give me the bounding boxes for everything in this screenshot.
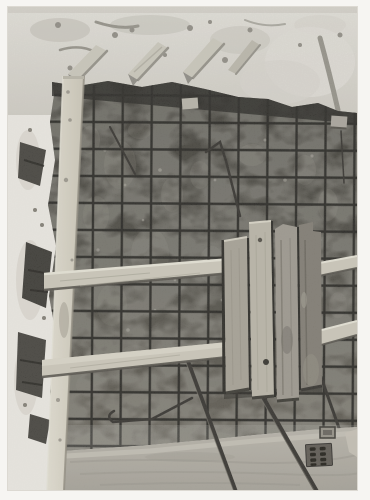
photo-canvas (0, 0, 370, 500)
photo-content (8, 7, 361, 492)
film-grain (8, 7, 357, 490)
photograph-frame (0, 0, 370, 500)
